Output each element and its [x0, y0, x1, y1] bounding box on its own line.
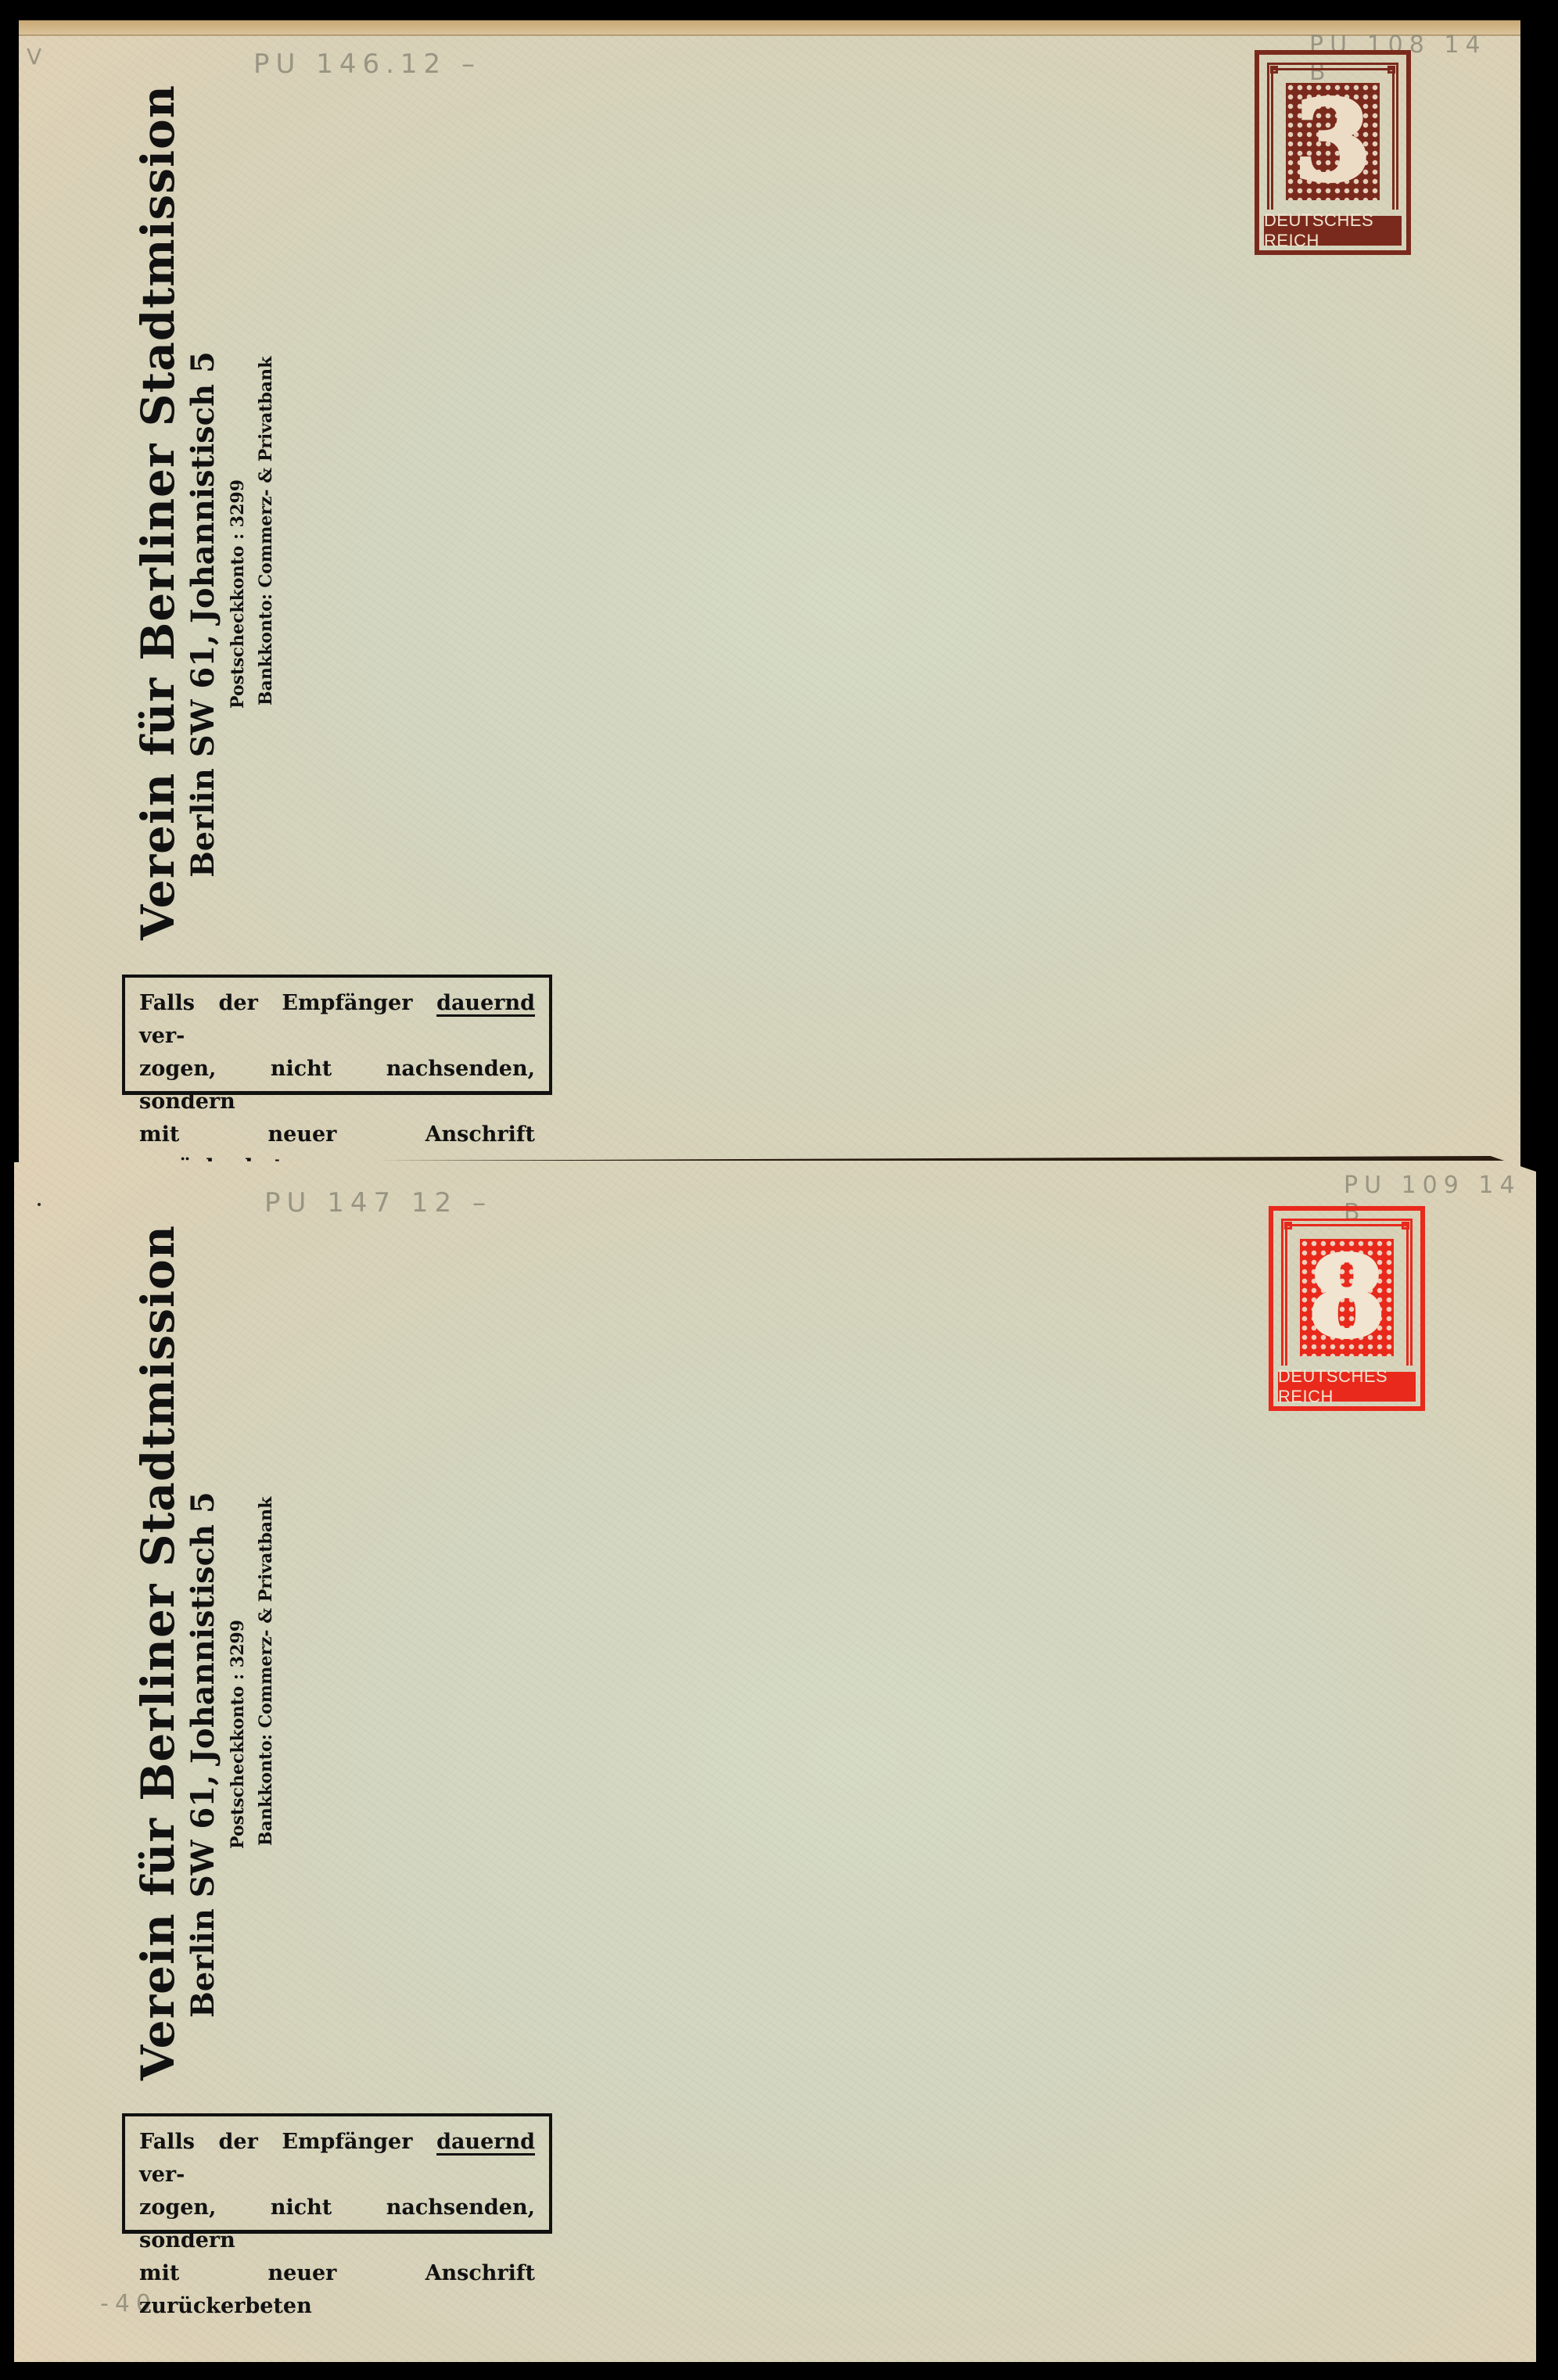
notice-line-3: mit neuer Anschrift zurückerbeten	[139, 2257, 535, 2323]
stamp-corner-ornament	[1387, 66, 1395, 74]
notice-line-2: zogen, nicht nachsenden, sondern	[139, 2192, 535, 2257]
stamp-imprint-8: 8 DEUTSCHES REICH	[1269, 1206, 1425, 1411]
sender-address: Berlin SW 61, Johannistisch 5	[183, 1225, 224, 2080]
forwarding-notice-box: Falls der Empfänger dauernd ver- zogen, …	[122, 975, 552, 1095]
underlined-word: dauernd	[436, 2130, 535, 2154]
postal-account: Postscheckkonto : 3299	[224, 84, 252, 940]
stamp-country-bar: DEUTSCHES REICH	[1264, 216, 1402, 246]
underlined-word: dauernd	[436, 991, 535, 1015]
sender-address: Berlin SW 61, Johannistisch 5	[183, 84, 224, 940]
stamp-lattice-pattern: 3	[1286, 83, 1380, 200]
stamp-country: DEUTSCHES REICH	[1278, 1366, 1416, 1407]
sender-imprint: Verein für Berliner Stadtmission Berlin …	[133, 1225, 280, 2080]
fold-line	[19, 34, 1520, 36]
stamp-value: 8	[1309, 1243, 1384, 1352]
stamp-corner-ornament	[1402, 1222, 1409, 1229]
notice-line-2: zogen, nicht nachsenden, sondern	[139, 1053, 535, 1118]
pencil-note-catalog: PU 146.12 –	[253, 48, 481, 80]
notice-line-1: Falls der Empfänger dauernd ver-	[139, 987, 535, 1053]
stamp-value: 3	[1294, 87, 1370, 196]
sender-imprint: Verein für Berliner Stadtmission Berlin …	[133, 84, 280, 940]
sender-name: Verein für Berliner Stadtmission	[133, 84, 183, 940]
envelope-flap-edge	[19, 20, 1520, 34]
stamp-country: DEUTSCHES REICH	[1264, 210, 1402, 251]
pencil-note-left: V	[27, 44, 48, 70]
bank-account: Bankkonto: Commerz- & Privatbank	[252, 84, 280, 940]
sender-name: Verein für Berliner Stadtmission	[133, 1225, 183, 2080]
stamp-lattice-pattern: 8	[1300, 1239, 1394, 1356]
stamp-country-bar: DEUTSCHES REICH	[1278, 1372, 1416, 1402]
paper-speck	[38, 1203, 41, 1206]
forwarding-notice-box: Falls der Empfänger dauernd ver- zogen, …	[122, 2113, 552, 2234]
stamp-corner-ornament	[1270, 66, 1278, 74]
postal-account: Postscheckkonto : 3299	[224, 1225, 252, 2080]
bank-account: Bankkonto: Commerz- & Privatbank	[252, 1225, 280, 2080]
stamp-imprint-3: 3 DEUTSCHES REICH	[1255, 50, 1411, 255]
pencil-note-catalog: PU 147 12 –	[264, 1187, 492, 1219]
stamp-corner-ornament	[1284, 1222, 1292, 1229]
notice-line-1: Falls der Empfänger dauernd ver-	[139, 2126, 535, 2192]
